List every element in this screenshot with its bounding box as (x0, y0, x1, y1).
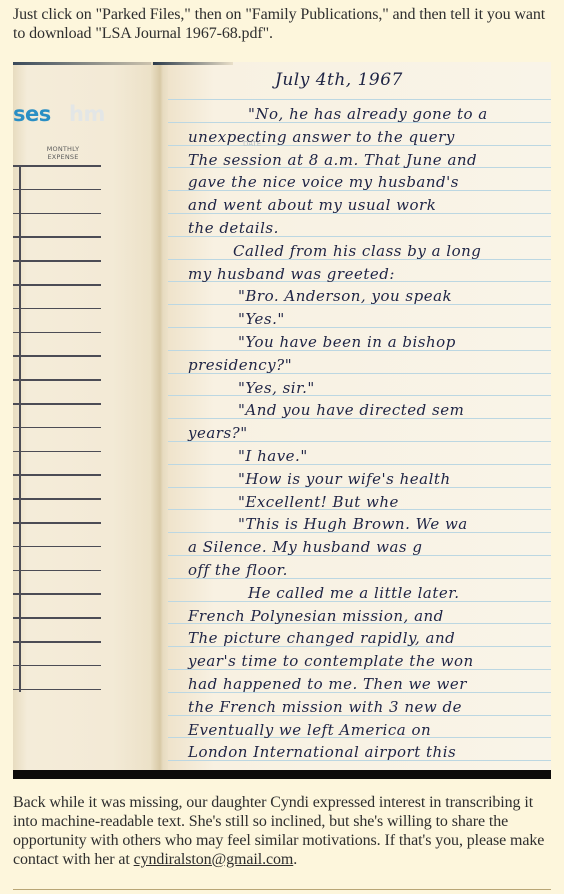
ledger-line (13, 355, 101, 357)
handwritten-line: "No, he has already gone to a (248, 105, 488, 123)
handwritten-line: unexpecting answer to the query (188, 128, 455, 146)
intro-paragraph: Just click on "Parked Files," then on "F… (13, 5, 558, 43)
column-label: MONTHLY EXPENSE (31, 145, 95, 161)
handwritten-line: a Silence. My husband was g (188, 538, 422, 556)
handwritten-line: my husband was greeted: (188, 265, 395, 283)
handwritten-line: He called me a little later. (248, 584, 460, 602)
handwritten-line: presidency?" (188, 356, 292, 374)
ledger-line (13, 332, 101, 334)
divider (13, 889, 551, 890)
ledger-line (13, 260, 101, 262)
page-edge (13, 62, 163, 65)
ledger-line (13, 665, 101, 667)
ledger-line (13, 546, 101, 548)
ledger-line (13, 284, 101, 286)
ledger-line (13, 498, 101, 500)
ledger-line (13, 403, 101, 405)
ledger-line (13, 593, 101, 595)
page-edge (153, 62, 233, 65)
ledger-line (13, 641, 101, 643)
ledger-line (13, 617, 101, 619)
handwritten-line: "Bro. Anderson, you speak (238, 287, 452, 305)
handwritten-line: Eventually we left America on (188, 721, 431, 739)
ledger-line (13, 689, 101, 691)
handwritten-line: the details. (188, 219, 279, 237)
handwritten-line: off the floor. (188, 561, 288, 579)
ledger-vertical-line (19, 165, 21, 692)
ledger-line (13, 427, 101, 429)
ledger-line (13, 522, 101, 524)
handwritten-line: "This is Hugh Brown. We wa (238, 515, 468, 533)
handwritten-line: had happened to me. Then we wer (188, 675, 467, 693)
ruled-line (168, 395, 551, 396)
ruled-line (168, 99, 551, 100)
handwritten-line: "You have been in a bishop (238, 333, 456, 351)
ledger-line (13, 379, 101, 381)
journal-photo: ses hm MONTHLY EXPENSE DATE July 4th, 19… (13, 62, 551, 779)
closing-paragraph: Back while it was missing, our daughter … (13, 793, 558, 869)
ledger-line (13, 451, 101, 453)
closing-end: . (293, 851, 297, 868)
ledger-line (13, 570, 101, 572)
email-link[interactable]: cyndiralston@gmail.com (134, 851, 294, 868)
ruled-line (168, 327, 551, 328)
handwritten-line: year's time to contemplate the won (188, 652, 474, 670)
ledger-line (13, 236, 101, 238)
handwritten-line: French Polynesian mission, and (188, 607, 444, 625)
left-page: ses hm MONTHLY EXPENSE (13, 62, 155, 770)
handwritten-line: "Yes." (238, 310, 285, 328)
handwritten-line: years?" (188, 424, 248, 442)
ledger-line (13, 308, 101, 310)
photo-bottom-edge (13, 770, 551, 779)
handwritten-line: gave the nice voice my husband's (188, 173, 459, 191)
handwritten-line: The session at 8 a.m. That June and (188, 151, 477, 169)
handwritten-line: "How is your wife's health (238, 470, 451, 488)
journal-date: July 4th, 1967 (275, 70, 403, 90)
handwritten-line: "Yes, sir." (238, 379, 315, 397)
ledger-line (13, 165, 101, 167)
handwritten-line: "I have." (238, 447, 308, 465)
handwritten-line: "And you have directed sem (238, 401, 464, 419)
handwritten-line: and went about my usual work (188, 196, 436, 214)
header-ghost: hm (69, 102, 105, 126)
ledger-line (13, 474, 101, 476)
handwritten-line: Called from his class by a long (233, 242, 481, 260)
handwritten-line: London International airport this (188, 743, 456, 761)
handwritten-line: The picture changed rapidly, and (188, 629, 455, 647)
handwritten-line: "Excellent! But whe (238, 493, 399, 511)
ruled-line (168, 464, 551, 465)
header-fragment: ses (13, 102, 51, 126)
ledger-line (13, 213, 101, 215)
handwritten-line: the French mission with 3 new de (188, 698, 462, 716)
ledger-line (13, 189, 101, 191)
